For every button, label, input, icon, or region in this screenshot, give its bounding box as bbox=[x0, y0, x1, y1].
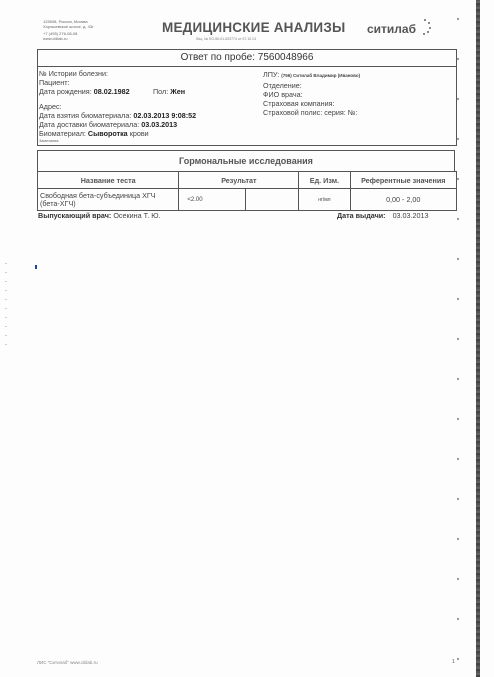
biomaterial-label: Биоматериал: bbox=[39, 129, 86, 138]
birth-value: 08.02.1982 bbox=[94, 87, 130, 96]
sex-label: Пол: bbox=[153, 87, 168, 96]
results-table: Название теста Результат Ед. Изм. Рефере… bbox=[37, 171, 457, 211]
lpu: ЛПУ: (756) Ситилаб Владимир (Иваново) bbox=[263, 70, 360, 79]
address-label: Адрес: bbox=[39, 102, 62, 111]
test-flag bbox=[245, 189, 299, 211]
delivered-value: 03.03.2013 bbox=[141, 120, 177, 129]
license-text: Лиц. № ЛО-50-01-003774 от 07.10.13 bbox=[196, 37, 256, 41]
biomaterial-value-rest: крови bbox=[130, 129, 149, 138]
test-unit: нг/мл bbox=[299, 189, 350, 211]
col-reference: Референтные значения bbox=[350, 172, 456, 189]
col-unit: Ед. Изм. bbox=[299, 172, 350, 189]
patient-label: Пациент: bbox=[39, 78, 70, 87]
logo-dots-icon bbox=[420, 18, 432, 36]
taken-date: Дата взятия биоматериала: 02.03.2013 9:0… bbox=[39, 111, 196, 120]
scan-dots bbox=[457, 0, 459, 677]
policy: Страховой полис: серия: №: bbox=[263, 108, 357, 117]
insurance-label: Страховая компания: bbox=[263, 99, 335, 108]
lpu-label: ЛПУ: bbox=[263, 70, 279, 79]
taken-value: 02.03.2013 9:08:52 bbox=[133, 111, 196, 120]
birth-label: Дата рождения: bbox=[39, 87, 92, 96]
issue-date-value: 03.03.2013 bbox=[393, 211, 429, 220]
doctor-label: ФИО врача: bbox=[263, 90, 303, 99]
col-result: Результат bbox=[179, 172, 299, 189]
history-label: № Истории болезни: bbox=[39, 69, 108, 78]
page-number: 1 bbox=[452, 659, 455, 665]
series-label: серия: bbox=[324, 108, 346, 117]
issuing-doctor-value: Осекина Т. Ю. bbox=[113, 211, 160, 220]
sample-label: Ответ по пробе: bbox=[181, 52, 255, 63]
birth-date: Дата рождения: 08.02.1982 bbox=[39, 87, 130, 96]
issuing-doctor-label: Выпускающий врач: bbox=[38, 211, 111, 220]
document-title: МЕДИЦИНСКИЕ АНАЛИЗЫ bbox=[162, 20, 345, 35]
policy-label: Страховой полис: bbox=[263, 108, 322, 117]
lpu-value: (756) Ситилаб Владимир (Иваново) bbox=[281, 73, 360, 78]
issuing-doctor: Выпускающий врач: Осекина Т. Ю. bbox=[38, 211, 160, 220]
table-header-row: Название теста Результат Ед. Изм. Рефере… bbox=[38, 172, 457, 189]
delivered-label: Дата доставки биоматериала: bbox=[39, 120, 139, 129]
scan-specks bbox=[5, 255, 7, 345]
col-test-name: Название теста bbox=[38, 172, 179, 189]
pen-mark bbox=[35, 265, 37, 269]
section-title: Гормональные исследования bbox=[37, 150, 455, 171]
test-result: <2.00 bbox=[179, 189, 245, 211]
lab-address: 125508, Россия, Москва Хорошевское шоссе… bbox=[43, 19, 94, 41]
results-section: Гормональные исследования Название теста… bbox=[37, 150, 455, 211]
remarks-label: Замечания: bbox=[39, 139, 59, 143]
issue-date-label: Дата выдачи: bbox=[337, 211, 386, 220]
address-line: Хорошевское шоссе, д. 43г bbox=[43, 24, 94, 29]
biomaterial-value: Сыворотка bbox=[88, 129, 128, 138]
sample-number: 7560048966 bbox=[258, 52, 314, 63]
sex-value: Жен bbox=[170, 87, 185, 96]
bottom-note: ЛИС "Ситилаб" www.citilab.ru bbox=[37, 660, 98, 665]
info-area: № Истории болезни: Пациент: Дата рождени… bbox=[38, 67, 456, 145]
policy-number-label: №: bbox=[348, 108, 358, 117]
scan-edge bbox=[476, 0, 480, 677]
patient-info-box: Ответ по пробе: 7560048966 № Истории бол… bbox=[37, 49, 457, 146]
table-row: Свободная бета-субъединица ХГЧ (бета-ХГЧ… bbox=[38, 189, 457, 211]
delivered-date: Дата доставки биоматериала: 03.03.2013 bbox=[39, 120, 177, 129]
biomaterial: Биоматериал: Сыворотка крови bbox=[39, 129, 149, 138]
taken-label: Дата взятия биоматериала: bbox=[39, 111, 131, 120]
logo-text: ситилаб bbox=[367, 22, 416, 36]
address-line: www.citilab.ru bbox=[43, 36, 94, 41]
issue-date: Дата выдачи: 03.03.2013 bbox=[337, 211, 429, 220]
department-label: Отделение: bbox=[263, 81, 302, 90]
test-name: Свободная бета-субъединица ХГЧ (бета-ХГЧ… bbox=[38, 189, 179, 211]
test-reference: 0,00 - 2,00 bbox=[350, 189, 456, 211]
sex: Пол: Жен bbox=[153, 87, 185, 96]
sample-header: Ответ по пробе: 7560048966 bbox=[38, 50, 456, 67]
